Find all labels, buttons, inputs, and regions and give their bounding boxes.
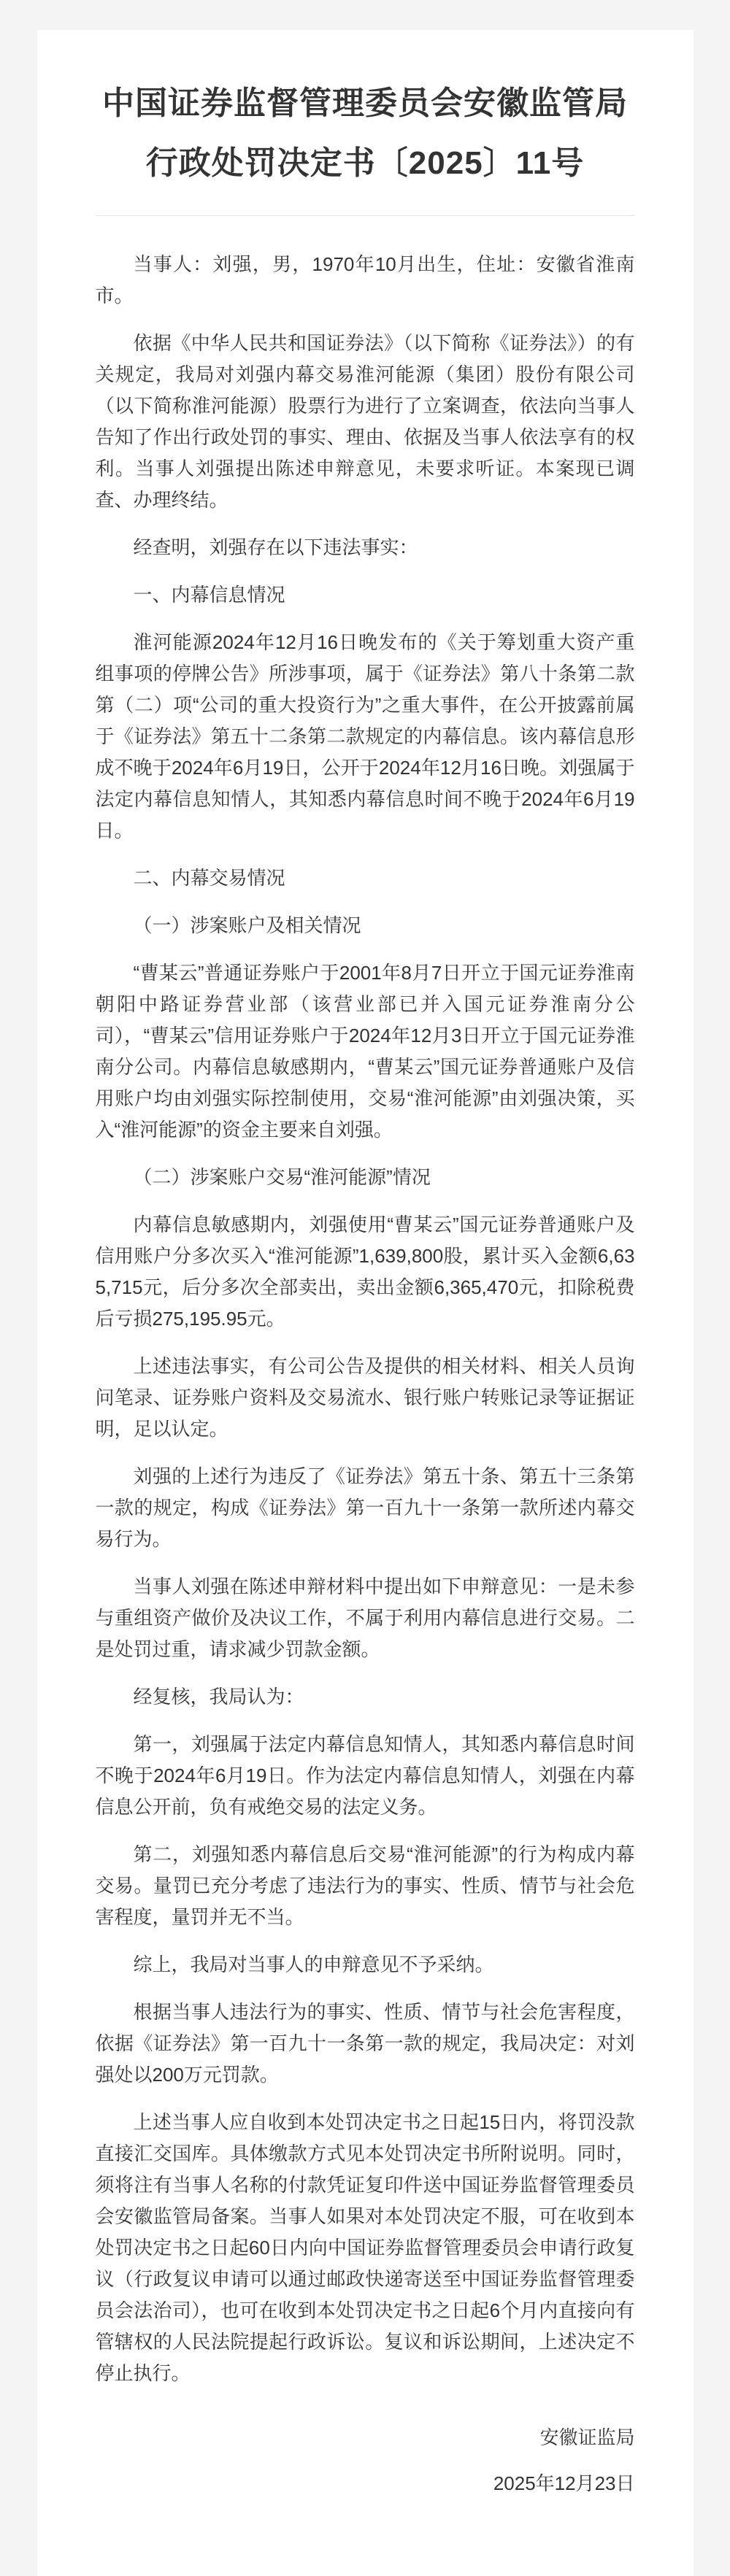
- document-paragraph-11: 上述违法事实，有公司公告及提供的相关材料、相关人员询问笔录、证券账户资料及交易流…: [96, 1351, 635, 1445]
- document-title-line1: 中国证券监督管理委员会安徽监管局: [96, 74, 635, 134]
- document-paragraph-1: 当事人：刘强，男，1970年10月出生，住址：安徽省淮南市。: [96, 249, 635, 312]
- document-card: 中国证券监督管理委员会安徽监管局 行政处罚决定书〔2025〕11号 当事人：刘强…: [37, 30, 693, 2576]
- page-background: 中国证券监督管理委员会安徽监管局 行政处罚决定书〔2025〕11号 当事人：刘强…: [0, 0, 730, 2546]
- document-paragraph-5: 淮河能源2024年12月16日晚发布的《关于筹划重大资产重组事项的停牌公告》所涉…: [96, 627, 635, 847]
- document-paragraph-3: 经查明，刘强存在以下违法事实：: [96, 532, 635, 563]
- document-paragraph-14: 经复核，我局认为：: [96, 1681, 635, 1713]
- document-paragraph-6: 二、内幕交易情况: [96, 863, 635, 894]
- document-paragraph-16: 第二，刘强知悉内幕信息后交易“淮河能源”的行为构成内幕交易。量罚已充分考虑了违法…: [96, 1839, 635, 1933]
- document-paragraph-17: 综上，我局对当事人的申辩意见不予采纳。: [96, 1949, 635, 1981]
- issuer-signature: 安徽证监局: [96, 2422, 635, 2453]
- signature-block: 安徽证监局 2025年12月23日: [96, 2422, 635, 2499]
- document-paragraph-9: （二）涉案账户交易“淮河能源”情况: [96, 1162, 635, 1193]
- document-paragraph-7: （一）涉案账户及相关情况: [96, 910, 635, 941]
- document-title: 中国证券监督管理委员会安徽监管局 行政处罚决定书〔2025〕11号: [96, 74, 635, 193]
- document-paragraph-8: “曹某云”普通证券账户于2001年8月7日开立于国元证券淮南朝阳中路证券营业部（…: [96, 957, 635, 1146]
- document-paragraph-2: 依据《中华人民共和国证券法》（以下简称《证券法》）的有关规定，我局对刘强内幕交易…: [96, 328, 635, 516]
- document-paragraph-10: 内幕信息敏感期内，刘强使用“曹某云”国元证券普通账户及信用账户分多次买入“淮河能…: [96, 1209, 635, 1335]
- document-title-line2: 行政处罚决定书〔2025〕11号: [96, 134, 635, 193]
- document-date: 2025年12月23日: [96, 2468, 635, 2499]
- document-paragraph-19: 上述当事人应自收到本处罚决定书之日起15日内，将罚没款直接汇交国库。具体缴款方式…: [96, 2107, 635, 2389]
- title-divider: [96, 215, 635, 216]
- document-paragraph-18: 根据当事人违法行为的事实、性质、情节与社会危害程度，依据《证券法》第一百九十一条…: [96, 1997, 635, 2091]
- document-paragraph-13: 当事人刘强在陈述申辩材料中提出如下申辩意见：一是未参与重组资产做价及决议工作，不…: [96, 1571, 635, 1665]
- document-paragraph-4: 一、内幕信息情况: [96, 579, 635, 611]
- document-body: 当事人：刘强，男，1970年10月出生，住址：安徽省淮南市。 依据《中华人民共和…: [96, 249, 635, 2389]
- document-paragraph-12: 刘强的上述行为违反了《证券法》第五十条、第五十三条第一款的规定，构成《证券法》第…: [96, 1461, 635, 1555]
- document-paragraph-15: 第一，刘强属于法定内幕信息知情人，其知悉内幕信息时间不晚于2024年6月19日。…: [96, 1729, 635, 1823]
